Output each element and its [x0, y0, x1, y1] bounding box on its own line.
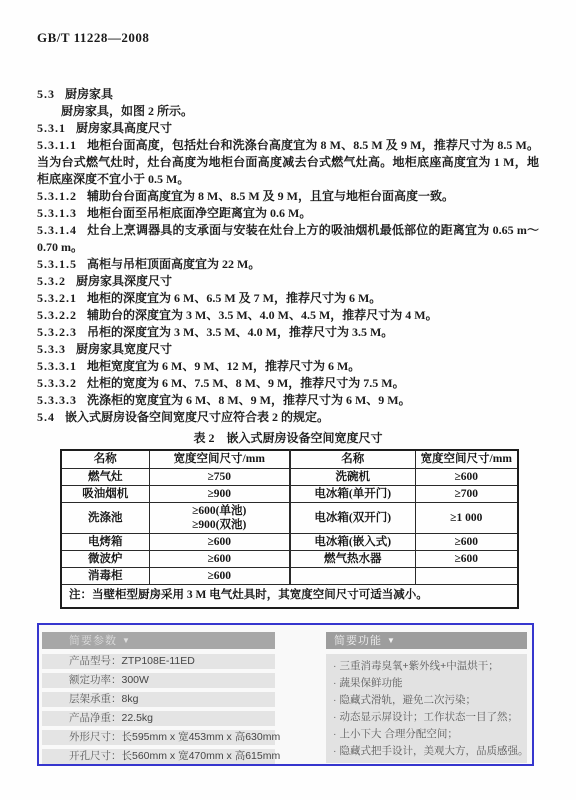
- clause-number: 5.3.3.2: [37, 376, 77, 390]
- clause-5.4: 5.4嵌入式厨房设备空间宽度尺寸应符合表 2 的规定。: [37, 409, 539, 426]
- bullet-icon: ·: [333, 728, 337, 740]
- clause-text: 地柜台面至吊柜底面净空距离宜为 0.6 M。: [87, 206, 311, 220]
- table-cell: 电冰箱(双开门): [290, 502, 415, 533]
- param-row: 额定功率：300W: [42, 673, 275, 688]
- bullet-icon: ·: [333, 745, 337, 757]
- param-value: 300W: [122, 674, 149, 686]
- clause-number: 5.3.1: [37, 121, 66, 135]
- table-cell: 电冰箱(嵌入式): [290, 533, 415, 550]
- table-row: 电烤箱≥600电冰箱(嵌入式)≥600: [61, 533, 518, 550]
- clause-5.3.3.1: 5.3.3.1地柜宽度宜为 6 M、9 M、12 M，推荐尺寸为 6 M。: [37, 358, 539, 375]
- features-list: ·三重消毒臭氧+紫外线+中温烘干；·蔬果保鲜功能·隐藏式滑轨，避免二次污染；·动…: [326, 654, 527, 763]
- feature-item: ·隐藏式滑轨，避免二次污染；: [333, 692, 523, 709]
- param-label: 产品净重：: [69, 712, 122, 724]
- clause-text: 地柜的深度宜为 6 M、6.5 M 及 7 M，推荐尺寸为 6 M。: [87, 291, 381, 305]
- features-title: 简要功能: [334, 635, 382, 647]
- table-cell: ≥600: [149, 567, 290, 584]
- table-cell: [290, 567, 415, 584]
- clause-number: 5.3.3.1: [37, 359, 77, 373]
- chevron-down-icon: ▼: [387, 636, 396, 645]
- table-cell: ≥700: [415, 485, 518, 502]
- clause-5.3.1.5: 5.3.1.5高柜与吊柜顶面高度宜为 22 M。: [37, 256, 539, 273]
- table-cell: 电烤箱: [61, 533, 149, 550]
- clause-number: 5.3.3: [37, 342, 66, 356]
- clause-5.3.1.2: 5.3.1.2辅助台台面高度宜为 8 M、8.5 M 及 9 M，且宜与地柜台面…: [37, 188, 539, 205]
- clause-text: 辅助台台面高度宜为 8 M、8.5 M 及 9 M，且宜与地柜台面高度一致。: [87, 189, 454, 203]
- param-label: 层架承重：: [69, 693, 122, 705]
- document-page: GB/T 11228—2008 5.3厨房家具厨房家具，如图 2 所示。5.3.…: [0, 0, 576, 800]
- table-column-header: 名称: [61, 450, 149, 468]
- table-cell: ≥600: [149, 550, 290, 567]
- params-list: 产品型号：ZTP108E-11ED额定功率：300W层架承重：8kg产品净重：2…: [42, 654, 275, 768]
- clause-text: 地柜宽度宜为 6 M、9 M、12 M，推荐尺寸为 6 M。: [87, 359, 360, 373]
- table-cell: 洗碗机: [290, 468, 415, 485]
- clause-5.3.1.3: 5.3.1.3地柜台面至吊柜底面净空距离宜为 0.6 M。: [37, 205, 539, 222]
- feature-text: 隐藏式滑轨，避免二次污染；: [340, 694, 477, 706]
- table-row: 燃气灶≥750洗碗机≥600: [61, 468, 518, 485]
- feature-text: 隐藏式把手设计，美观大方，品质感强。: [340, 745, 524, 757]
- clause-text: 厨房家具: [65, 87, 113, 101]
- clause-5.3.2.2: 5.3.2.2辅助台的深度宜为 3 M、3.5 M、4.0 M、4.5 M，推荐…: [37, 307, 539, 324]
- clause-5.3.2.1: 5.3.2.1地柜的深度宜为 6 M、6.5 M 及 7 M，推荐尺寸为 6 M…: [37, 290, 539, 307]
- table-cell: 吸油烟机: [61, 485, 149, 502]
- table-row: 微波炉≥600燃气热水器≥600: [61, 550, 518, 567]
- clause-text: 厨房家具高度尺寸: [76, 121, 172, 135]
- param-label: 额定功率：: [69, 674, 122, 686]
- clause-text: 吊柜的深度宜为 3 M、3.5 M、4.0 M，推荐尺寸为 3.5 M。: [87, 325, 393, 339]
- feature-item: ·上小下大 合理分配空间；: [333, 726, 523, 743]
- table-column-header: 宽度空间尺寸/mm: [149, 450, 290, 468]
- table-cell: ≥600: [415, 468, 518, 485]
- clause-number: 5.3.2.1: [37, 291, 77, 305]
- product-info-panel: 简要参数▼ 产品型号：ZTP108E-11ED额定功率：300W层架承重：8kg…: [37, 623, 534, 766]
- table-cell: 电冰箱(单开门): [290, 485, 415, 502]
- clause-number: 5.3.2.2: [37, 308, 77, 322]
- table-row: 洗涤池≥600(单池) ≥900(双池)电冰箱(双开门)≥1 000: [61, 502, 518, 533]
- clause-text: 厨房家具宽度尺寸: [76, 342, 172, 356]
- clause-text: 地柜台面高度，包括灶台和洗涤台高度宜为 8 M、8.5 M 及 9 M，推荐尺寸…: [37, 138, 539, 186]
- clause-5.3.1: 5.3.1厨房家具高度尺寸: [37, 120, 539, 137]
- bullet-icon: ·: [333, 694, 337, 706]
- clause-number: 5.4: [37, 410, 55, 424]
- clause-text: 洗涤柜的宽度宜为 6 M、8 M、9 M，推荐尺寸为 6 M、9 M。: [87, 393, 411, 407]
- table-cell: [415, 567, 518, 584]
- bullet-icon: ·: [333, 660, 337, 672]
- param-label: 外形尺寸：: [69, 731, 122, 743]
- standard-code: GB/T 11228—2008: [37, 30, 149, 46]
- clause-number: 5.3.3.3: [37, 393, 77, 407]
- param-value: ZTP108E-11ED: [122, 655, 195, 667]
- feature-text: 蔬果保鲜功能: [340, 677, 403, 689]
- param-label: 产品型号：: [69, 655, 122, 667]
- features-accordion-header[interactable]: 简要功能▼: [326, 632, 527, 649]
- clause-text: 灶柜的宽度为 6 M、7.5 M、8 M、9 M，推荐尺寸为 7.5 M。: [87, 376, 405, 390]
- table-header-row: 名称宽度空间尺寸/mm名称宽度空间尺寸/mm: [61, 450, 518, 468]
- feature-item: ·动态显示屏设计；工作状态一目了然；: [333, 709, 523, 726]
- clause-5.3.3.3: 5.3.3.3洗涤柜的宽度宜为 6 M、8 M、9 M，推荐尺寸为 6 M、9 …: [37, 392, 539, 409]
- clause-5.3.3: 5.3.3厨房家具宽度尺寸: [37, 341, 539, 358]
- clause-5.3.1.4: 5.3.1.4灶台上烹调器具的支承面与安装在灶台上方的吸油烟机最低部位的距离宜为…: [37, 222, 539, 256]
- clause-text: 灶台上烹调器具的支承面与安装在灶台上方的吸油烟机最低部位的距离宜为 0.65 m…: [37, 223, 539, 254]
- param-row: 层架承重：8kg: [42, 692, 275, 707]
- clause-number: 5.3.1.1: [37, 138, 77, 152]
- table-cell: ≥900: [149, 485, 290, 502]
- table-cell: 微波炉: [61, 550, 149, 567]
- table-row: 消毒柜≥600: [61, 567, 518, 584]
- feature-text: 上小下大 合理分配空间；: [340, 728, 458, 740]
- clause-5.3.2.3: 5.3.2.3吊柜的深度宜为 3 M、3.5 M、4.0 M，推荐尺寸为 3.5…: [37, 324, 539, 341]
- table-cell: 燃气灶: [61, 468, 149, 485]
- params-title: 简要参数: [69, 635, 117, 647]
- clause-5.3: 5.3厨房家具: [37, 86, 539, 103]
- param-row: 外形尺寸：长595mm x 宽453mm x 高630mm: [42, 730, 275, 745]
- table-cell: ≥1 000: [415, 502, 518, 533]
- table-cell: ≥750: [149, 468, 290, 485]
- param-value: 长595mm x 宽453mm x 高630mm: [122, 731, 281, 743]
- clause-text: 厨房家具，如图 2 所示。: [61, 104, 193, 118]
- param-value: 22.5kg: [122, 712, 154, 724]
- bullet-icon: ·: [333, 677, 337, 689]
- table-title: 表 2 嵌入式厨房设备空间宽度尺寸: [37, 429, 539, 446]
- table-cell: ≥600: [415, 550, 518, 567]
- param-value: 8kg: [122, 693, 139, 705]
- param-label: 开孔尺寸：: [69, 750, 122, 762]
- clause-paragraph: 厨房家具，如图 2 所示。: [37, 103, 539, 120]
- params-accordion-header[interactable]: 简要参数▼: [42, 632, 275, 649]
- table-column-header: 宽度空间尺寸/mm: [415, 450, 518, 468]
- clause-5.3.2: 5.3.2厨房家具深度尺寸: [37, 273, 539, 290]
- clause-text: 辅助台的深度宜为 3 M、3.5 M、4.0 M、4.5 M，推荐尺寸为 4 M…: [87, 308, 438, 322]
- table-note-row: 注：当壁柜型厨房采用 3 M 电气灶具时，其宽度空间尺寸可适当减小。: [61, 584, 518, 608]
- feature-item: ·蔬果保鲜功能: [333, 675, 523, 692]
- table-2: 名称宽度空间尺寸/mm名称宽度空间尺寸/mm 燃气灶≥750洗碗机≥600吸油烟…: [60, 449, 519, 609]
- clause-text: 嵌入式厨房设备空间宽度尺寸应符合表 2 的规定。: [65, 410, 329, 424]
- clause-5.3.1.1: 5.3.1.1地柜台面高度，包括灶台和洗涤台高度宜为 8 M、8.5 M 及 9…: [37, 137, 539, 188]
- clause-list: 5.3厨房家具厨房家具，如图 2 所示。5.3.1厨房家具高度尺寸5.3.1.1…: [37, 86, 539, 426]
- clause-text: 高柜与吊柜顶面高度宜为 22 M。: [87, 257, 260, 271]
- clause-number: 5.3.2.3: [37, 325, 77, 339]
- clause-number: 5.3.1.2: [37, 189, 77, 203]
- bullet-icon: ·: [333, 711, 337, 723]
- clause-text: 厨房家具深度尺寸: [76, 274, 172, 288]
- param-row: 产品净重：22.5kg: [42, 711, 275, 726]
- table-column-header: 名称: [290, 450, 415, 468]
- param-row: 开孔尺寸：长560mm x 宽470mm x 高615mm: [42, 749, 275, 764]
- table-row: 吸油烟机≥900电冰箱(单开门)≥700: [61, 485, 518, 502]
- table-note: 注：当壁柜型厨房采用 3 M 电气灶具时，其宽度空间尺寸可适当减小。: [61, 584, 518, 608]
- clause-number: 5.3.1.5: [37, 257, 77, 271]
- clause-5.3.3.2: 5.3.3.2灶柜的宽度为 6 M、7.5 M、8 M、9 M，推荐尺寸为 7.…: [37, 375, 539, 392]
- param-value: 长560mm x 宽470mm x 高615mm: [122, 750, 281, 762]
- table-cell: ≥600: [415, 533, 518, 550]
- feature-item: ·隐藏式把手设计，美观大方，品质感强。: [333, 743, 523, 760]
- chevron-down-icon: ▼: [122, 636, 131, 645]
- feature-text: 动态显示屏设计；工作状态一目了然；: [340, 711, 519, 723]
- table-cell: 燃气热水器: [290, 550, 415, 567]
- clause-number: 5.3.1.3: [37, 206, 77, 220]
- table-cell: ≥600(单池) ≥900(双池): [149, 502, 290, 533]
- clause-number: 5.3: [37, 87, 55, 101]
- table-cell: 消毒柜: [61, 567, 149, 584]
- table-cell: 洗涤池: [61, 502, 149, 533]
- table-cell: ≥600: [149, 533, 290, 550]
- clause-number: 5.3.2: [37, 274, 66, 288]
- feature-item: ·三重消毒臭氧+紫外线+中温烘干；: [333, 658, 523, 675]
- clause-number: 5.3.1.4: [37, 223, 77, 237]
- feature-text: 三重消毒臭氧+紫外线+中温烘干；: [340, 660, 499, 672]
- param-row: 产品型号：ZTP108E-11ED: [42, 654, 275, 669]
